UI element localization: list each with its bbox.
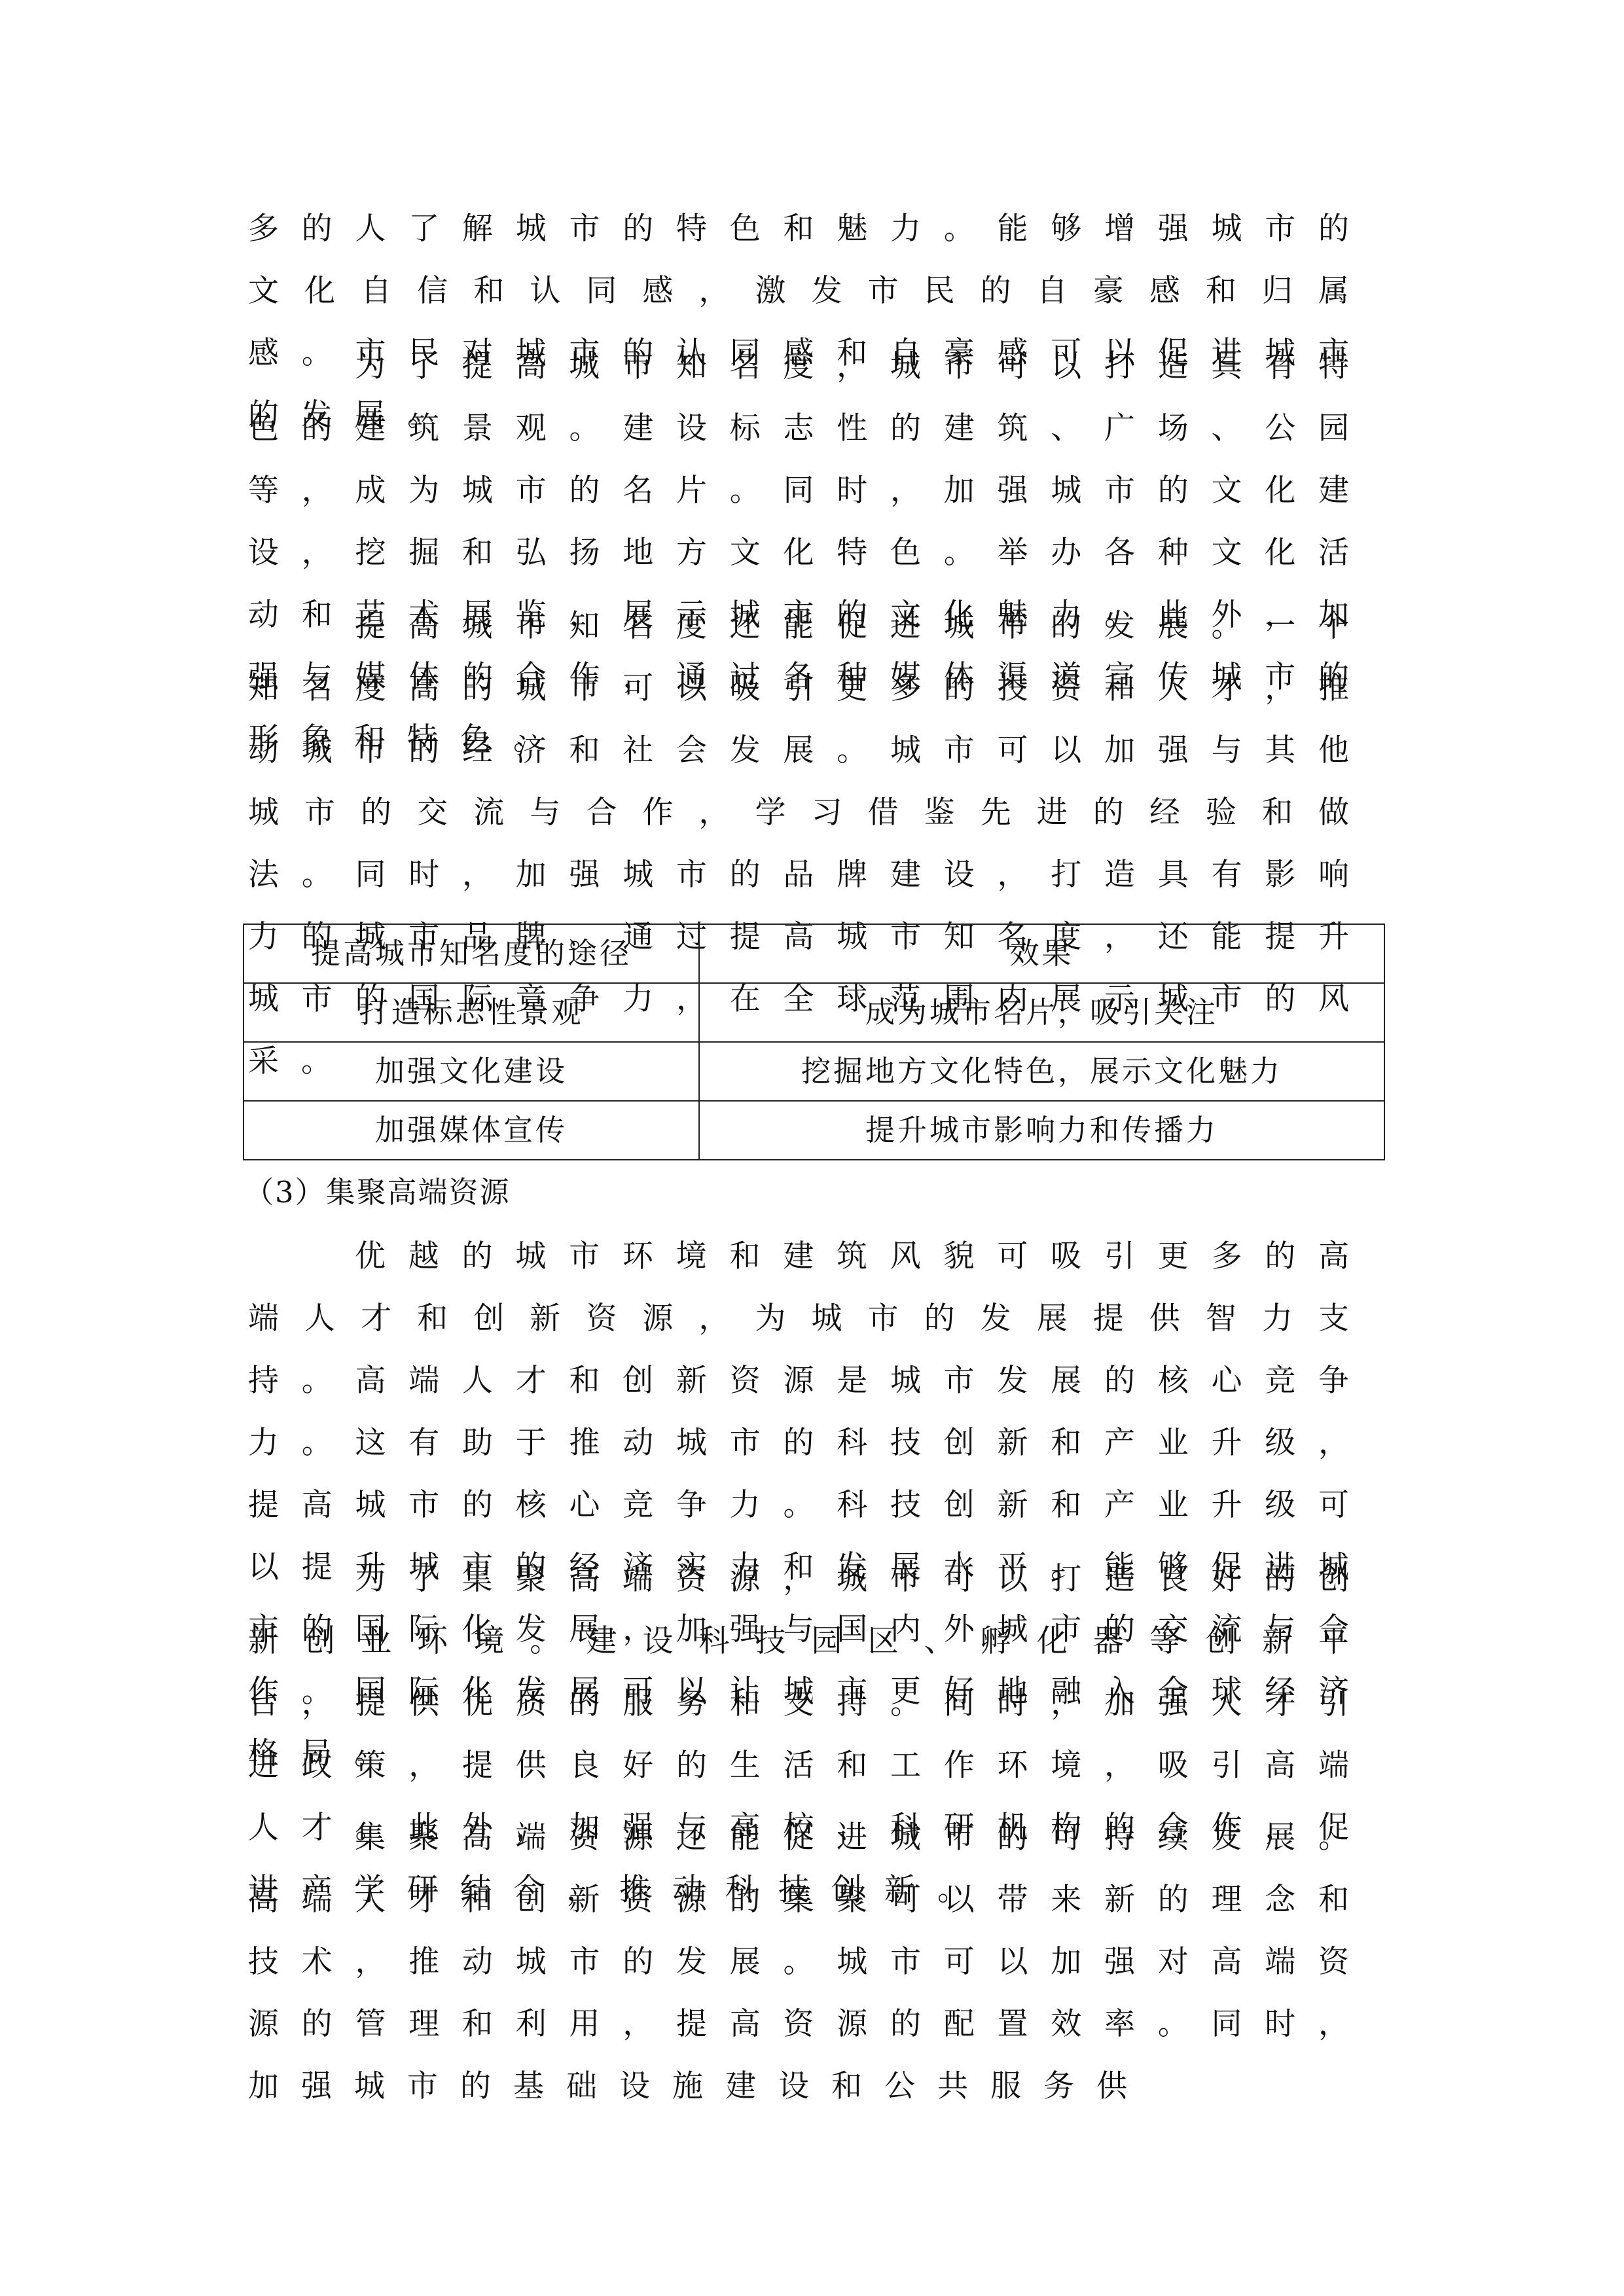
- table-row: 打造标志性景观 成为城市名片，吸引关注: [244, 983, 1384, 1042]
- table-cell: 挖掘地方文化特色，展示文化魅力: [699, 1042, 1384, 1101]
- visibility-methods-table: 提高城市知名度的途径 效果 打造标志性景观 成为城市名片，吸引关注 加强文化建设…: [243, 924, 1385, 1160]
- table-cell: 加强媒体宣传: [244, 1101, 699, 1160]
- table-cell: 成为城市名片，吸引关注: [699, 983, 1384, 1042]
- table-cell: 打造标志性景观: [244, 983, 699, 1042]
- table-header-cell: 效果: [699, 924, 1384, 983]
- table-cell: 提升城市影响力和传播力: [699, 1101, 1384, 1160]
- table-row: 加强文化建设 挖掘地方文化特色，展示文化魅力: [244, 1042, 1384, 1101]
- table-row: 加强媒体宣传 提升城市影响力和传播力: [244, 1101, 1384, 1160]
- table-header-cell: 提高城市知名度的途径: [244, 924, 699, 983]
- section-heading: （3）集聚高端资源: [244, 1172, 511, 1213]
- table-header-row: 提高城市知名度的途径 效果: [244, 924, 1384, 983]
- table-cell: 加强文化建设: [244, 1042, 699, 1101]
- paragraph-sustainable-development: 集聚高端资源还能促进城市的可持续发展。高端人才和创新资源的集聚可以带来新的理念和…: [248, 1806, 1371, 2117]
